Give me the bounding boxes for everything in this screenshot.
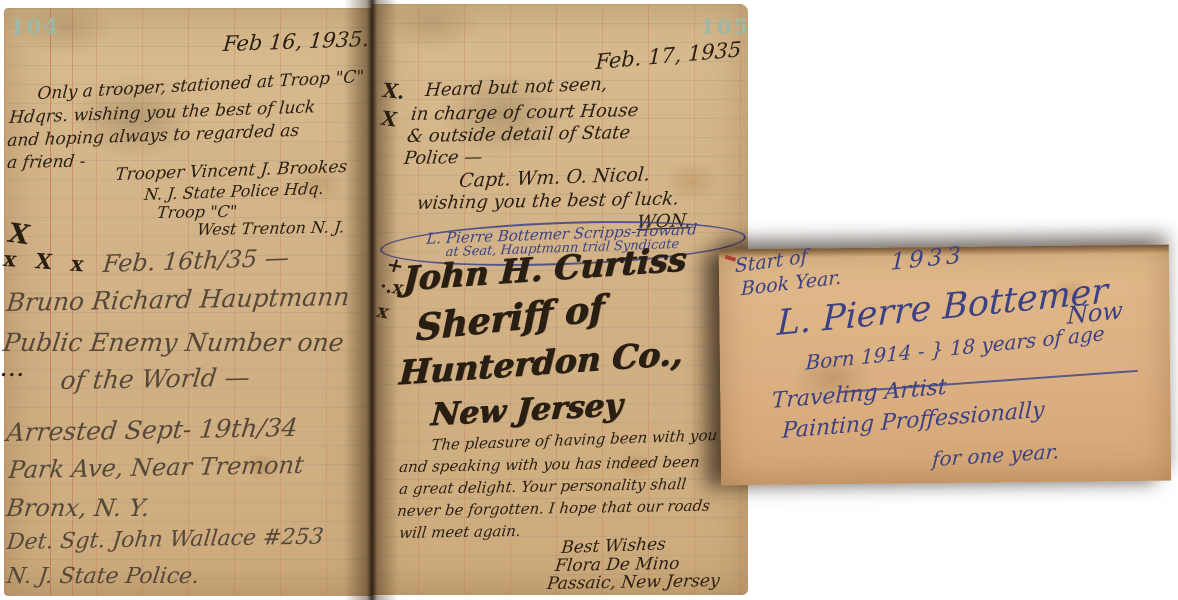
hauptmann-line: Bruno Richard Hauptmann (5, 284, 351, 315)
trooper-body-line: a friend - (6, 154, 86, 172)
demino-signature-line: Passaic, New Jersey (546, 573, 720, 593)
bottemer-year-line: for one year. (932, 441, 1060, 469)
margin-dots: ... (0, 362, 27, 380)
book-gutter-shadow (344, 0, 398, 600)
hauptmann-line: Arrested Sept- 19th/34 (5, 415, 299, 445)
page-number-105: 105 (700, 14, 750, 39)
inset-book-start-photo: Start of 1933 Book Year. L. Pierre Botte… (719, 245, 1171, 486)
hauptmann-line: of the World — (59, 365, 251, 393)
hauptmann-line: Bronx, N. Y. (5, 496, 151, 520)
hauptmann-entry-date: Feb. 16th/35 — (102, 246, 290, 277)
trooper-signature-line: West Trenton N. J. (196, 219, 345, 238)
nicol-body-line: Police — (403, 149, 483, 168)
inset-header-year: 1933 (890, 244, 965, 274)
margin-x-marks: x X x (2, 248, 92, 275)
nicol-body-line: & outside detail of State (406, 124, 631, 146)
hauptmann-line: Park Ave, Near Tremont (7, 453, 304, 482)
hauptmann-line: N. J. State Police. (5, 566, 200, 588)
demino-body-line: will meet again. (398, 524, 521, 541)
trooper-signature-line: Troop "C" (156, 204, 238, 221)
hauptmann-line: Det. Sgt. John Wallace #253 (6, 526, 325, 554)
autograph-book-scan: 104 Feb 16, 1935. Only a trooper, statio… (0, 0, 1178, 600)
nicol-closing: wishing you the best of luck. (416, 190, 680, 213)
nicol-body-line: in charge of court House (410, 102, 639, 124)
hauptmann-line: Public Enemy Number one (2, 330, 345, 355)
page-number-104: 104 (10, 14, 60, 39)
